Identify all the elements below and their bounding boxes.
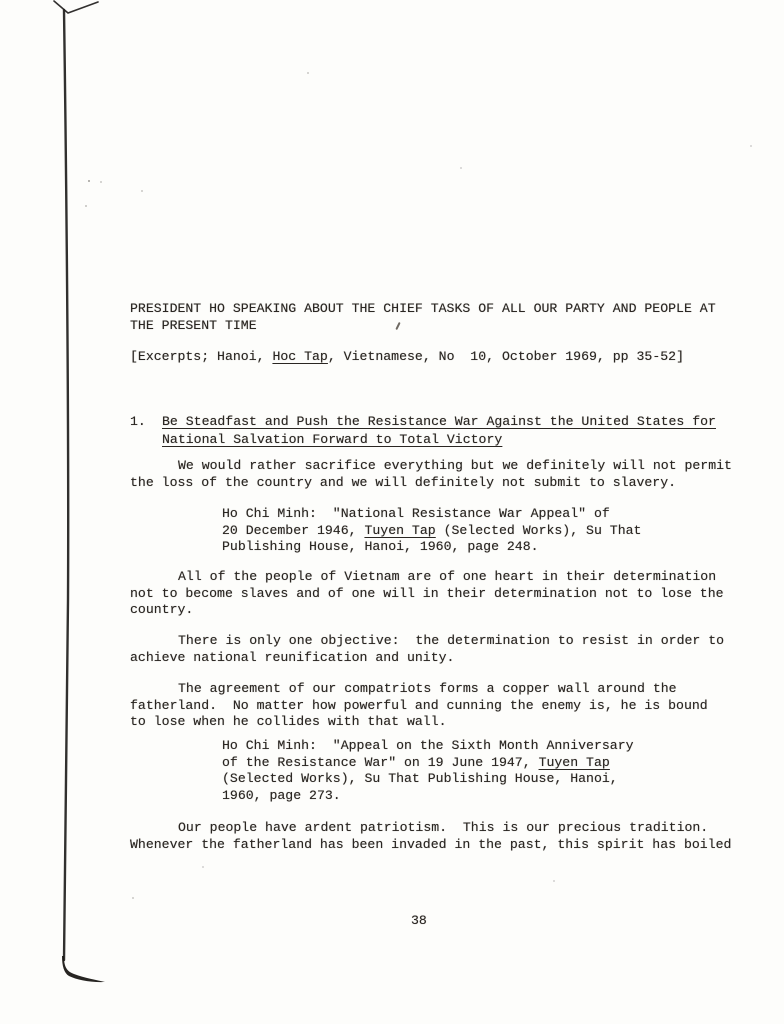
- text-line: There is only one objective: the determi…: [130, 633, 724, 650]
- source-line: [Excerpts; Hanoi, Hoc Tap, Vietnamese, N…: [130, 349, 684, 366]
- quote-segment: of the Resistance War" on 19 June 1947,: [222, 755, 539, 770]
- section-heading-text: Be Steadfast and Push the Resistance War…: [162, 413, 716, 448]
- quote-segment: (Selected Works), Su That: [436, 523, 642, 538]
- blockquote-citation: Ho Chi Minh: "National Resistance War Ap…: [222, 506, 641, 556]
- text-line: the loss of the country and we will defi…: [130, 475, 732, 492]
- blockquote-citation: Ho Chi Minh: "Appeal on the Sixth Month …: [222, 738, 634, 804]
- text-line: Our people have ardent patriotism. This …: [130, 820, 731, 837]
- text-line: country.: [130, 602, 724, 619]
- text-line: of the Resistance War" on 19 June 1947, …: [222, 755, 634, 772]
- ink-speck: [460, 167, 462, 169]
- ink-speck: [202, 866, 204, 868]
- text-line: Publishing House, Hanoi, 1960, page 248.: [222, 539, 641, 556]
- paragraph: All of the people of Vietnam are of one …: [130, 569, 724, 619]
- ink-speck: [750, 145, 752, 147]
- page-binding-line: [0, 0, 130, 1024]
- text-line: All of the people of Vietnam are of one …: [130, 569, 724, 586]
- title-line: THE PRESENT TIME: [130, 317, 716, 334]
- text-line: 1960, page 273.: [222, 788, 634, 805]
- text-line: (Selected Works), Su That Publishing Hou…: [222, 771, 634, 788]
- paragraph: The agreement of our compatriots forms a…: [130, 681, 708, 731]
- paragraph: Our people have ardent patriotism. This …: [130, 820, 731, 853]
- text-line: 20 December 1946, Tuyen Tap (Selected Wo…: [222, 523, 641, 540]
- source-citation: [Excerpts; Hanoi, Hoc Tap, Vietnamese, N…: [130, 349, 684, 366]
- ink-speck: [307, 72, 309, 74]
- text-line: achieve national reunification and unity…: [130, 650, 724, 667]
- ink-speck: [100, 181, 102, 183]
- section-heading: 1. Be Steadfast and Push the Resistance …: [130, 413, 716, 448]
- text-line: fatherland. No matter how powerful and c…: [130, 698, 708, 715]
- text-line: Ho Chi Minh: "Appeal on the Sixth Month …: [222, 738, 634, 755]
- text-line: Whenever the fatherland has been invaded…: [130, 837, 731, 854]
- text-line: to lose when he collides with that wall.: [130, 714, 708, 731]
- ink-speck: [85, 205, 87, 207]
- document-title: PRESIDENT HO SPEAKING ABOUT THE CHIEF TA…: [130, 300, 716, 334]
- journal-name: Hoc Tap: [272, 349, 327, 364]
- source-prefix: [Excerpts; Hanoi,: [130, 349, 272, 364]
- page-number-text: 38: [411, 913, 427, 930]
- text-line: not to become slaves and of one will in …: [130, 586, 724, 603]
- text-line: The agreement of our compatriots forms a…: [130, 681, 708, 698]
- paragraph: We would rather sacrifice everything but…: [130, 458, 732, 491]
- source-suffix: , Vietnamese, No 10, October 1969, pp 35…: [328, 349, 684, 364]
- ink-speck: [132, 897, 134, 899]
- text-line: Ho Chi Minh: "National Resistance War Ap…: [222, 506, 641, 523]
- heading-line: National Salvation Forward to Total Vict…: [162, 431, 716, 449]
- section-number: 1.: [130, 413, 162, 448]
- journal-name: Tuyen Tap: [364, 523, 435, 538]
- paragraph: There is only one objective: the determi…: [130, 633, 724, 666]
- title-line: PRESIDENT HO SPEAKING ABOUT THE CHIEF TA…: [130, 300, 716, 317]
- text-line: We would rather sacrifice everything but…: [130, 458, 732, 475]
- ink-speck: [88, 180, 90, 182]
- quote-segment: 20 December 1946,: [222, 523, 364, 538]
- journal-name: Tuyen Tap: [539, 755, 610, 770]
- scanned-document-page: PRESIDENT HO SPEAKING ABOUT THE CHIEF TA…: [0, 0, 784, 1024]
- page-number: 38: [411, 913, 427, 930]
- heading-line: Be Steadfast and Push the Resistance War…: [162, 413, 716, 431]
- ink-speck: [141, 190, 143, 192]
- ink-speck: [553, 880, 555, 882]
